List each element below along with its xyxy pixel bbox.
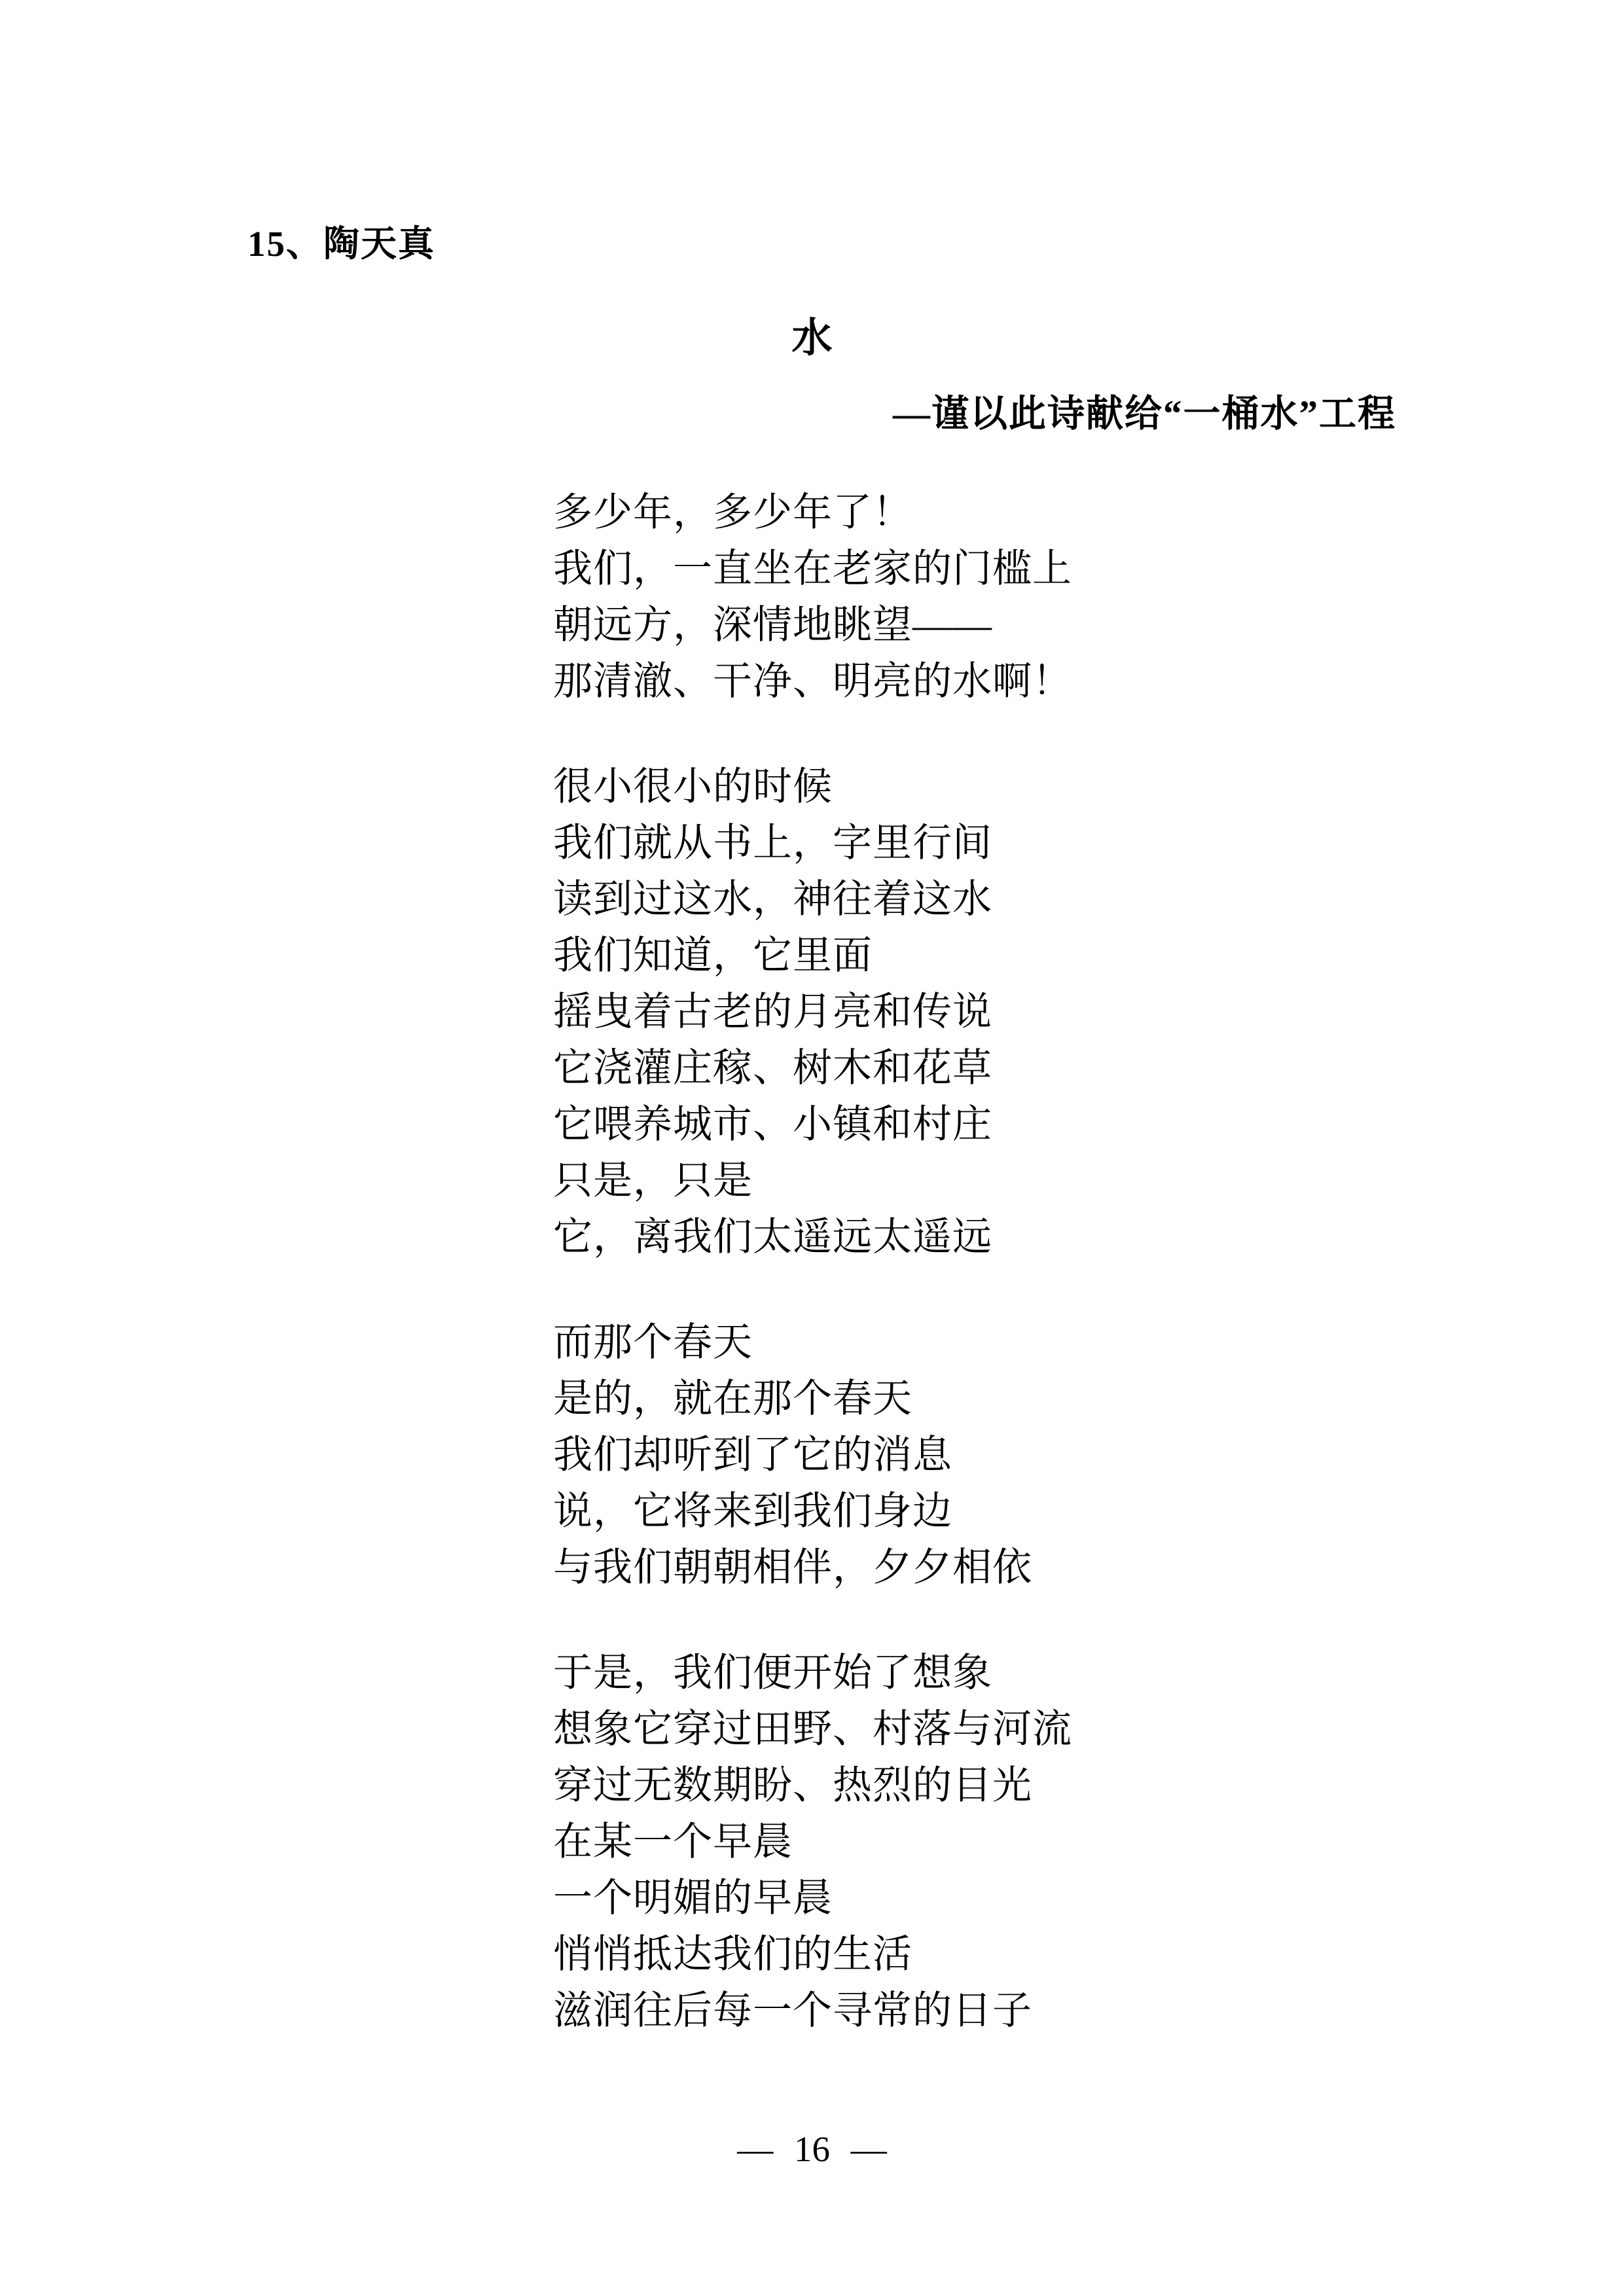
poem-line: 穿过无数期盼、热烈的目光 — [553, 1757, 1072, 1814]
poem-line: 它喂养城市、小镇和村庄 — [553, 1096, 1072, 1153]
poem-line: 我们知道，它里面 — [553, 927, 1072, 984]
poem-line: 我们就从书上，字里行间 — [553, 815, 1072, 871]
poem-line: 很小很小的时候 — [553, 759, 1072, 815]
poem-line: 它，离我们太遥远太遥远 — [553, 1209, 1072, 1265]
poem-line: 只是，只是 — [553, 1153, 1072, 1209]
poem-line: 滋润往后每一个寻常的日子 — [553, 1982, 1072, 2039]
document-page: 15、陶天真 水 —谨以此诗献给“一桶水”工程 多少年，多少年了！我们，一直坐在… — [0, 0, 1624, 2296]
stanza: 多少年，多少年了！我们，一直坐在老家的门槛上朝远方，深情地眺望——那清澈、干净、… — [553, 484, 1072, 709]
poem-line: 于是，我们便开始了想象 — [553, 1645, 1072, 1701]
poem-line: 在某一个早晨 — [553, 1814, 1072, 1870]
poem-line: 与我们朝朝相伴，夕夕相依 — [553, 1539, 1072, 1596]
poem-line: 一个明媚的早晨 — [553, 1870, 1072, 1926]
poem-line: 朝远方，深情地眺望—— — [553, 597, 1072, 653]
poem-line: 摇曳着古老的月亮和传说 — [553, 984, 1072, 1040]
stanza: 而那个春天是的，就在那个春天我们却听到了它的消息说，它将来到我们身边与我们朝朝相… — [553, 1314, 1072, 1596]
poem-line: 它浇灌庄稼、树木和花草 — [553, 1040, 1072, 1096]
poem-title: 水 — [0, 305, 1624, 363]
poem-line: 而那个春天 — [553, 1314, 1072, 1371]
page-number: — 16 — — [0, 2128, 1624, 2170]
stanza: 于是，我们便开始了想象想象它穿过田野、村落与河流穿过无数期盼、热烈的目光在某一个… — [553, 1645, 1072, 2039]
author-heading: 15、陶天真 — [247, 215, 435, 266]
stanza: 很小很小的时候我们就从书上，字里行间读到过这水，神往着这水我们知道，它里面摇曳着… — [553, 759, 1072, 1265]
poem-line: 读到过这水，神往着这水 — [553, 871, 1072, 927]
poem-line: 是的，就在那个春天 — [553, 1371, 1072, 1427]
poem-line: 悄悄抵达我们的生活 — [553, 1926, 1072, 1982]
poem-line: 我们却听到了它的消息 — [553, 1427, 1072, 1483]
poem-line: 那清澈、干净、明亮的水啊！ — [553, 653, 1072, 709]
poem: 多少年，多少年了！我们，一直坐在老家的门槛上朝远方，深情地眺望——那清澈、干净、… — [553, 484, 1072, 2039]
dedication-line: —谨以此诗献给“一桶水”工程 — [893, 384, 1396, 437]
poem-line: 说，它将来到我们身边 — [553, 1483, 1072, 1539]
poem-line: 多少年，多少年了！ — [553, 484, 1072, 541]
poem-line: 想象它穿过田野、村落与河流 — [553, 1701, 1072, 1757]
poem-line: 我们，一直坐在老家的门槛上 — [553, 541, 1072, 597]
